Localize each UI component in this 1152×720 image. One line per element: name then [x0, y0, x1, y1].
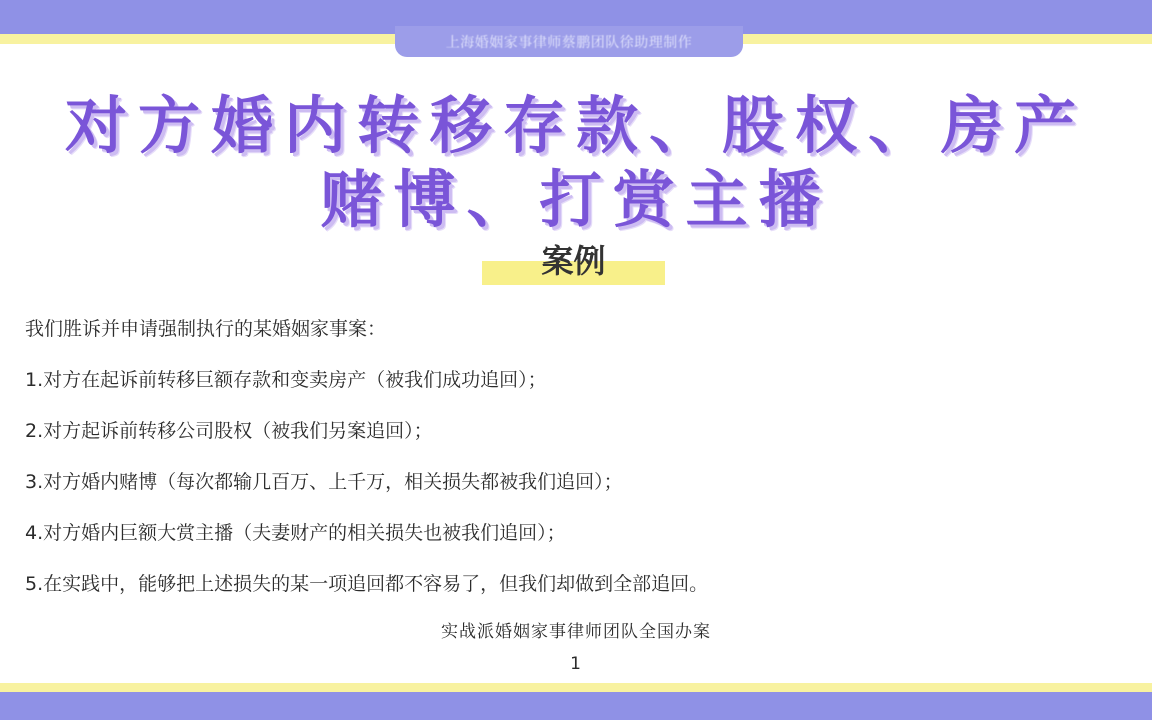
case-item-2: 2.对方起诉前转移公司股权（被我们另案追回）；	[25, 416, 433, 443]
bottom-accent-stripe	[0, 683, 1152, 692]
producer-banner: 上海婚姻家事律师蔡鹏团队徐助理制作	[395, 26, 743, 57]
footer-tagline: 实战派婚姻家事律师团队全国办案	[0, 617, 1152, 642]
case-item-1: 1.对方在起诉前转移巨额存款和变卖房产（被我们成功追回）；	[25, 365, 547, 392]
page-number: 1	[0, 654, 1152, 674]
case-item-3: 3.对方婚内赌博（每次都输几百万、上千万，相关损失都被我们追回）；	[25, 467, 623, 494]
case-intro: 我们胜诉并申请强制执行的某婚姻家事案：	[25, 314, 386, 341]
case-item-4: 4.对方婚内巨额大赏主播（夫妻财产的相关损失也被我们追回）；	[25, 518, 566, 545]
producer-banner-text: 上海婚姻家事律师蔡鹏团队徐助理制作	[446, 32, 693, 52]
subtitle-case: 案例	[482, 236, 665, 282]
slide-title-line-2: 赌博、打赏主播	[0, 150, 1152, 239]
case-item-5: 5.在实践中，能够把上述损失的某一项追回都不容易了，但我们却做到全部追回。	[25, 569, 708, 596]
bottom-border-band	[0, 692, 1152, 720]
